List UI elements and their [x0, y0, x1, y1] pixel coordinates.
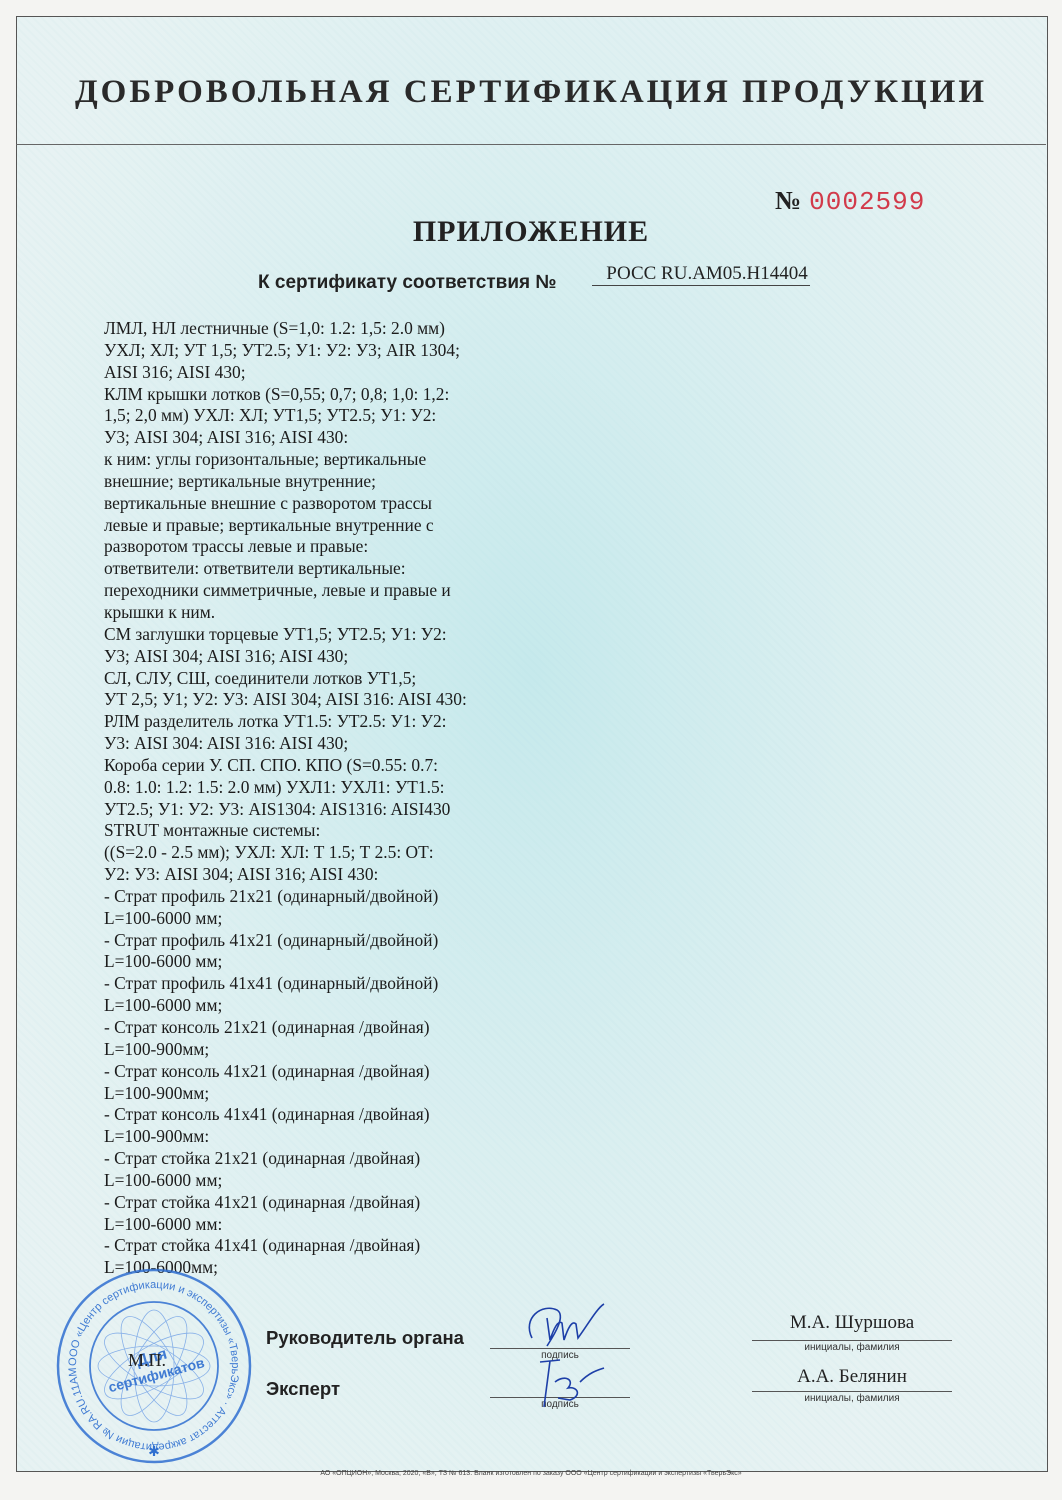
head-name: М.А. Шуршова [752, 1312, 952, 1334]
product-line: - Страт стойка 41х21 (одинарная /двойная… [104, 1192, 524, 1214]
product-line: L=100-900мм; [104, 1083, 524, 1105]
product-line: ((S=2.0 - 2.5 мм); УХЛ: ХЛ: Т 1.5; Т 2.5… [104, 842, 524, 864]
product-line: УТ 2,5; У1; У2: У3: AISI 304; AISI 316: … [104, 689, 524, 711]
product-line: L=100-900мм: [104, 1126, 524, 1148]
product-line: L=100-6000 мм; [104, 1170, 524, 1192]
product-line: - Страт консоль 41х21 (одинарная /двойна… [104, 1061, 524, 1083]
product-line: - Страт профиль 41х41 (одинарный/двойной… [104, 973, 524, 995]
product-line: к ним: углы горизонтальные; вертикальные [104, 449, 524, 471]
product-line: вертикальные внешние с разворотом трассы [104, 493, 524, 515]
product-line: УТ2.5; У1: У2: У3: AIS1304: AIS1316: AIS… [104, 799, 524, 821]
form-number-value: 0002599 [809, 187, 925, 217]
print-footer: АО «ОПЦИОН», Москва, 2020, «В», ТЗ № 613… [0, 1470, 1062, 1477]
product-line: - Страт профиль 21х21 (одинарный/двойной… [104, 886, 524, 908]
product-line: STRUT монтажные системы: [104, 820, 524, 842]
product-line: ЛМЛ, НЛ лестничные (S=1,0: 1.2: 1,5: 2.0… [104, 318, 524, 340]
product-line: внешние; вертикальные внутренние; [104, 471, 524, 493]
product-line: КЛМ крышки лотков (S=0,55; 0,7; 0,8; 1,0… [104, 384, 524, 406]
certificate-reference-value: РОСС RU.АМ05.Н14404 [592, 263, 810, 286]
product-line: - Страт профиль 41х21 (одинарный/двойной… [104, 930, 524, 952]
seal-label: М.П. [128, 1350, 166, 1371]
product-line: L=100-6000 мм; [104, 908, 524, 930]
head-name-line [752, 1340, 952, 1341]
form-number-label: № [775, 186, 801, 215]
product-line: У3: AISI 304: AISI 316: AISI 430; [104, 733, 524, 755]
product-line: крышки к ним. [104, 602, 524, 624]
product-line: СМ заглушки торцевые УТ1,5; УТ2.5; У1: У… [104, 624, 524, 646]
product-line: УХЛ; ХЛ; УТ 1,5; УТ2.5; У1: У2: У3; AIR … [104, 340, 524, 362]
stamp-star-icon: ✱ [148, 1445, 160, 1460]
product-line: - Страт консоль 21х21 (одинарная /двойна… [104, 1017, 524, 1039]
expert-name-line [752, 1391, 952, 1392]
expert-label: Эксперт [266, 1378, 340, 1400]
product-line: Короба серии У. СП. СПО. КПО (S=0.55: 0.… [104, 755, 524, 777]
product-line: - Страт стойка 41х41 (одинарная /двойная… [104, 1235, 524, 1257]
product-line: переходники симметричные, левые и правые… [104, 580, 524, 602]
header-band: ДОБРОВОЛЬНАЯ СЕРТИФИКАЦИЯ ПРОДУКЦИИ [16, 16, 1046, 145]
head-name-caption: инициалы, фамилия [752, 1342, 952, 1353]
product-line: РЛМ разделитель лотка УТ1.5: УТ2.5: У1: … [104, 711, 524, 733]
product-line: L=100-6000 мм; [104, 951, 524, 973]
product-line: L=100-6000 мм: [104, 1214, 524, 1236]
product-line: L=100-6000 мм; [104, 995, 524, 1017]
expert-name: А.А. Белянин [752, 1366, 952, 1388]
product-line: AISI 316; AISI 430; [104, 362, 524, 384]
product-list: ЛМЛ, НЛ лестничные (S=1,0: 1.2: 1,5: 2.0… [104, 318, 524, 1279]
product-line: - Страт стойка 21х21 (одинарная /двойная… [104, 1148, 524, 1170]
head-signature [512, 1298, 612, 1358]
product-line: разворотом трассы левые и правые: [104, 536, 524, 558]
product-line: СЛ, СЛУ, СШ, соединители лотков УТ1,5; [104, 668, 524, 690]
appendix-title: ПРИЛОЖЕНИЕ [0, 215, 1062, 249]
certificate-reference-label: К сертификату соответствия № [258, 272, 557, 294]
header-title: ДОБРОВОЛЬНАЯ СЕРТИФИКАЦИЯ ПРОДУКЦИИ [16, 74, 1046, 111]
product-line: 1,5; 2,0 мм) УХЛ: ХЛ; УТ1,5; УТ2.5; У1: … [104, 405, 524, 427]
product-line: У2: У3: AISI 304; AISI 316; AISI 430: [104, 864, 524, 886]
expert-signature [520, 1352, 610, 1412]
form-number: №0002599 [775, 186, 925, 217]
product-line: ответвители: ответвители вертикальные: [104, 558, 524, 580]
expert-name-caption: инициалы, фамилия [752, 1393, 952, 1404]
product-line: У3; AISI 304; AISI 316; AISI 430: [104, 427, 524, 449]
product-line: L=100-900мм; [104, 1039, 524, 1061]
product-line: 0.8: 1.0: 1.2: 1.5: 2.0 мм) УХЛ1: УХЛ1: … [104, 777, 524, 799]
head-label: Руководитель органа [266, 1327, 464, 1349]
product-line: левые и правые; вертикальные внутренние … [104, 515, 524, 537]
product-line: У3; AISI 304; AISI 316; AISI 430; [104, 646, 524, 668]
product-line: - Страт консоль 41х41 (одинарная /двойна… [104, 1104, 524, 1126]
